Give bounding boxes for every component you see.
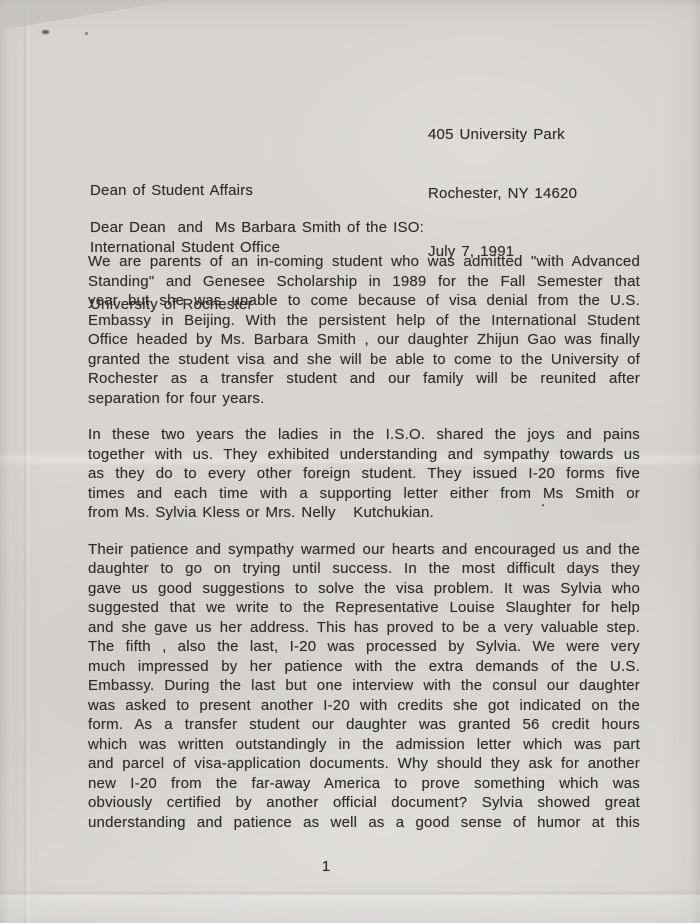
pen-dot — [85, 32, 88, 35]
pen-mark — [42, 30, 49, 34]
letter-line: form. As a transfer student our daughter… — [88, 715, 640, 735]
letter-line: We are parents of an in-coming student w… — [88, 252, 640, 272]
page-number: 1 — [316, 858, 336, 875]
letter-paragraph: Their patience and sympathy warmed our h… — [88, 540, 640, 833]
letter-line: Rochester as a transfer student and our … — [88, 369, 640, 389]
letter-line: was asked to present another I-20 with c… — [88, 696, 640, 716]
letter-line: Standing" and Genesee Scholarship in 198… — [88, 272, 640, 292]
letter-line: and parcel of visa-application documents… — [88, 754, 640, 774]
letter-line: granted the student visa and she will be… — [88, 350, 640, 370]
letter-line: and she gave us her address. This has pr… — [88, 618, 640, 638]
letter-line: separation for four years. — [88, 389, 640, 409]
letter-line: together with us. They exhibited underst… — [88, 445, 640, 465]
letter-line: as they do to every other foreign studen… — [88, 464, 640, 484]
letter-line: In these two years the ladies in the I.S… — [88, 425, 640, 445]
stray-ink-dot: . — [541, 492, 545, 512]
letter-line: Embassy. During the last but one intervi… — [88, 676, 640, 696]
letter-line: Embassy in Beijing. With the persistent … — [88, 311, 640, 331]
letter-line: from Ms. Sylvia Kless or Mrs. Nelly Kutc… — [88, 503, 640, 523]
letter-line: The fifth , also the last, I-20 was proc… — [88, 637, 640, 657]
letter-line: times and each time with a supporting le… — [88, 484, 640, 504]
sender-address-line: Rochester, NY 14620 — [428, 184, 577, 204]
letter-line: gave us good suggestions to solve the vi… — [88, 579, 640, 599]
letter-paragraph: In these two years the ladies in the I.S… — [88, 425, 640, 523]
letter-line: Their patience and sympathy warmed our h… — [88, 540, 640, 560]
scan-corner-shadow — [0, 0, 200, 30]
letter-line: which was written outstandingly in the a… — [88, 735, 640, 755]
letter-paragraph: We are parents of an in-coming student w… — [88, 252, 640, 408]
letter-line: Office headed by Ms. Barbara Smith , our… — [88, 330, 640, 350]
letter-line: new I-20 from the far-away America to pr… — [88, 774, 640, 794]
sender-address-line: 405 University Park — [428, 125, 577, 145]
letter-body: We are parents of an in-coming student w… — [88, 252, 640, 849]
letter-line: much impressed by her patience with the … — [88, 657, 640, 677]
letter-line: understanding and patience as well as a … — [88, 813, 640, 833]
letter-line: daughter to go on trying until success. … — [88, 559, 640, 579]
letter-line: year but she was unable to come because … — [88, 291, 640, 311]
letter-line: obviously certified by another official … — [88, 793, 640, 813]
letter-line: suggested that we write to the Represent… — [88, 598, 640, 618]
salutation: Dear Dean and Ms Barbara Smith of the IS… — [90, 218, 424, 238]
recipient-line: Dean of Student Affairs — [90, 181, 280, 200]
letter-page: 405 University Park Rochester, NY 14620 … — [0, 0, 700, 923]
